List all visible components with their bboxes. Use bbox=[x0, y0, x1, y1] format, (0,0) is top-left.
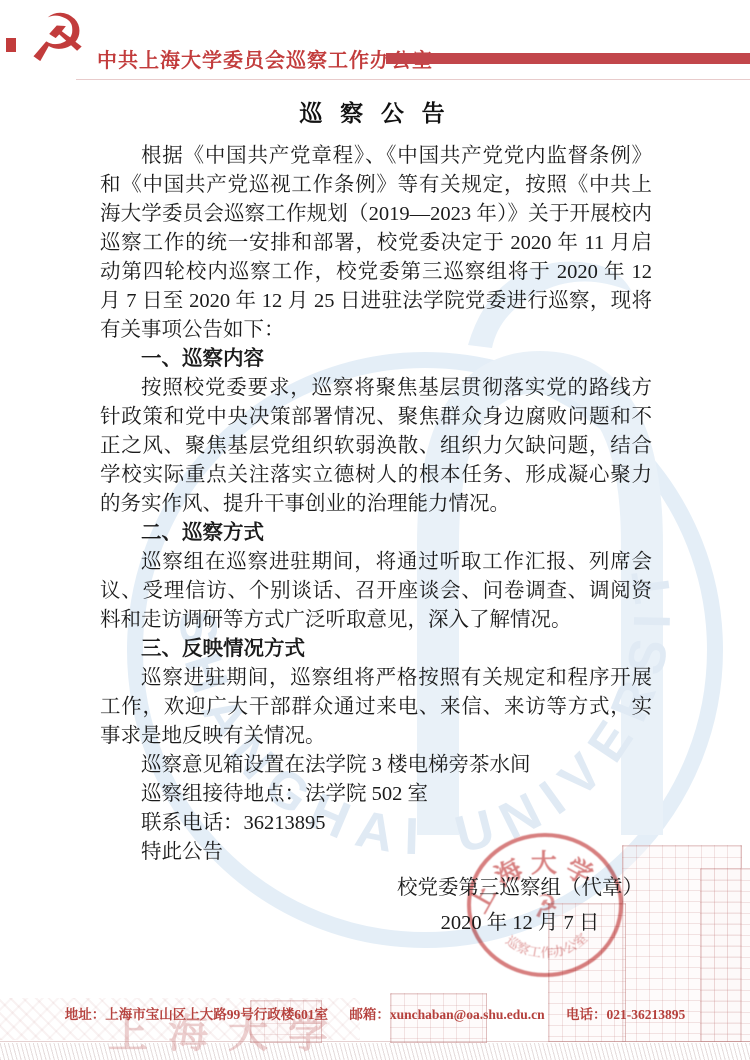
document-page: SHANGHAI UNIVERSITY 上海大学 ☭ 中共上海大学委员会巡察工作… bbox=[0, 0, 750, 1060]
footer-address: 地址：上海市宝山区上大路99号行政楼601室 bbox=[65, 1007, 328, 1022]
document-title: 巡 察 公 告 bbox=[0, 95, 750, 128]
footer-phone: 电话：021-36213895 bbox=[566, 1007, 685, 1022]
line-reception-room: 巡察组接待地点：法学院 502 室 bbox=[100, 780, 652, 809]
paragraph-method: 巡察组在巡察进驻期间，将通过听取工作汇报、列席会议、受理信访、个别谈话、召开座谈… bbox=[100, 548, 652, 635]
line-suggestion-box: 巡察意见箱设置在法学院 3 楼电梯旁茶水间 bbox=[100, 751, 652, 780]
section-heading-1: 一、巡察内容 bbox=[100, 345, 652, 374]
header-red-bar bbox=[386, 53, 750, 64]
page-edge-mark bbox=[6, 38, 16, 52]
party-emblem-icon: ☭ bbox=[28, 6, 87, 72]
section-heading-3: 三、反映情况方式 bbox=[100, 635, 652, 664]
section-heading-2: 二、巡察方式 bbox=[100, 519, 652, 548]
header-hairline bbox=[76, 79, 750, 80]
footer-contact-line: 地址：上海市宝山区上大路99号行政楼601室 邮箱：xunchaban@oa.s… bbox=[0, 1003, 750, 1023]
paragraph-content: 按照校党委要求，巡察将聚焦基层贯彻落实党的路线方针政策和党中央决策部署情况、聚焦… bbox=[100, 374, 652, 519]
signature-date: 2020 年 12 月 7 日 bbox=[388, 906, 652, 941]
paragraph-feedback: 巡察进驻期间，巡察组将严格按照有关规定和程序开展工作，欢迎广大干部群众通过来电、… bbox=[100, 664, 652, 751]
document-body: 根据《中国共产党章程》、《中国共产党党内监督条例》和《中国共产党巡视工作条例》等… bbox=[100, 142, 652, 867]
paragraph-intro: 根据《中国共产党章程》、《中国共产党党内监督条例》和《中国共产党巡视工作条例》等… bbox=[100, 142, 652, 345]
footer-email: 邮箱：xunchaban@oa.shu.edu.cn bbox=[349, 1007, 544, 1022]
office-name: 中共上海大学委员会巡察工作办公室 bbox=[97, 44, 433, 73]
signature-block: 校党委第三巡察组（代章） 2020 年 12 月 7 日 bbox=[388, 871, 652, 941]
signature-org: 校党委第三巡察组（代章） bbox=[388, 871, 652, 906]
